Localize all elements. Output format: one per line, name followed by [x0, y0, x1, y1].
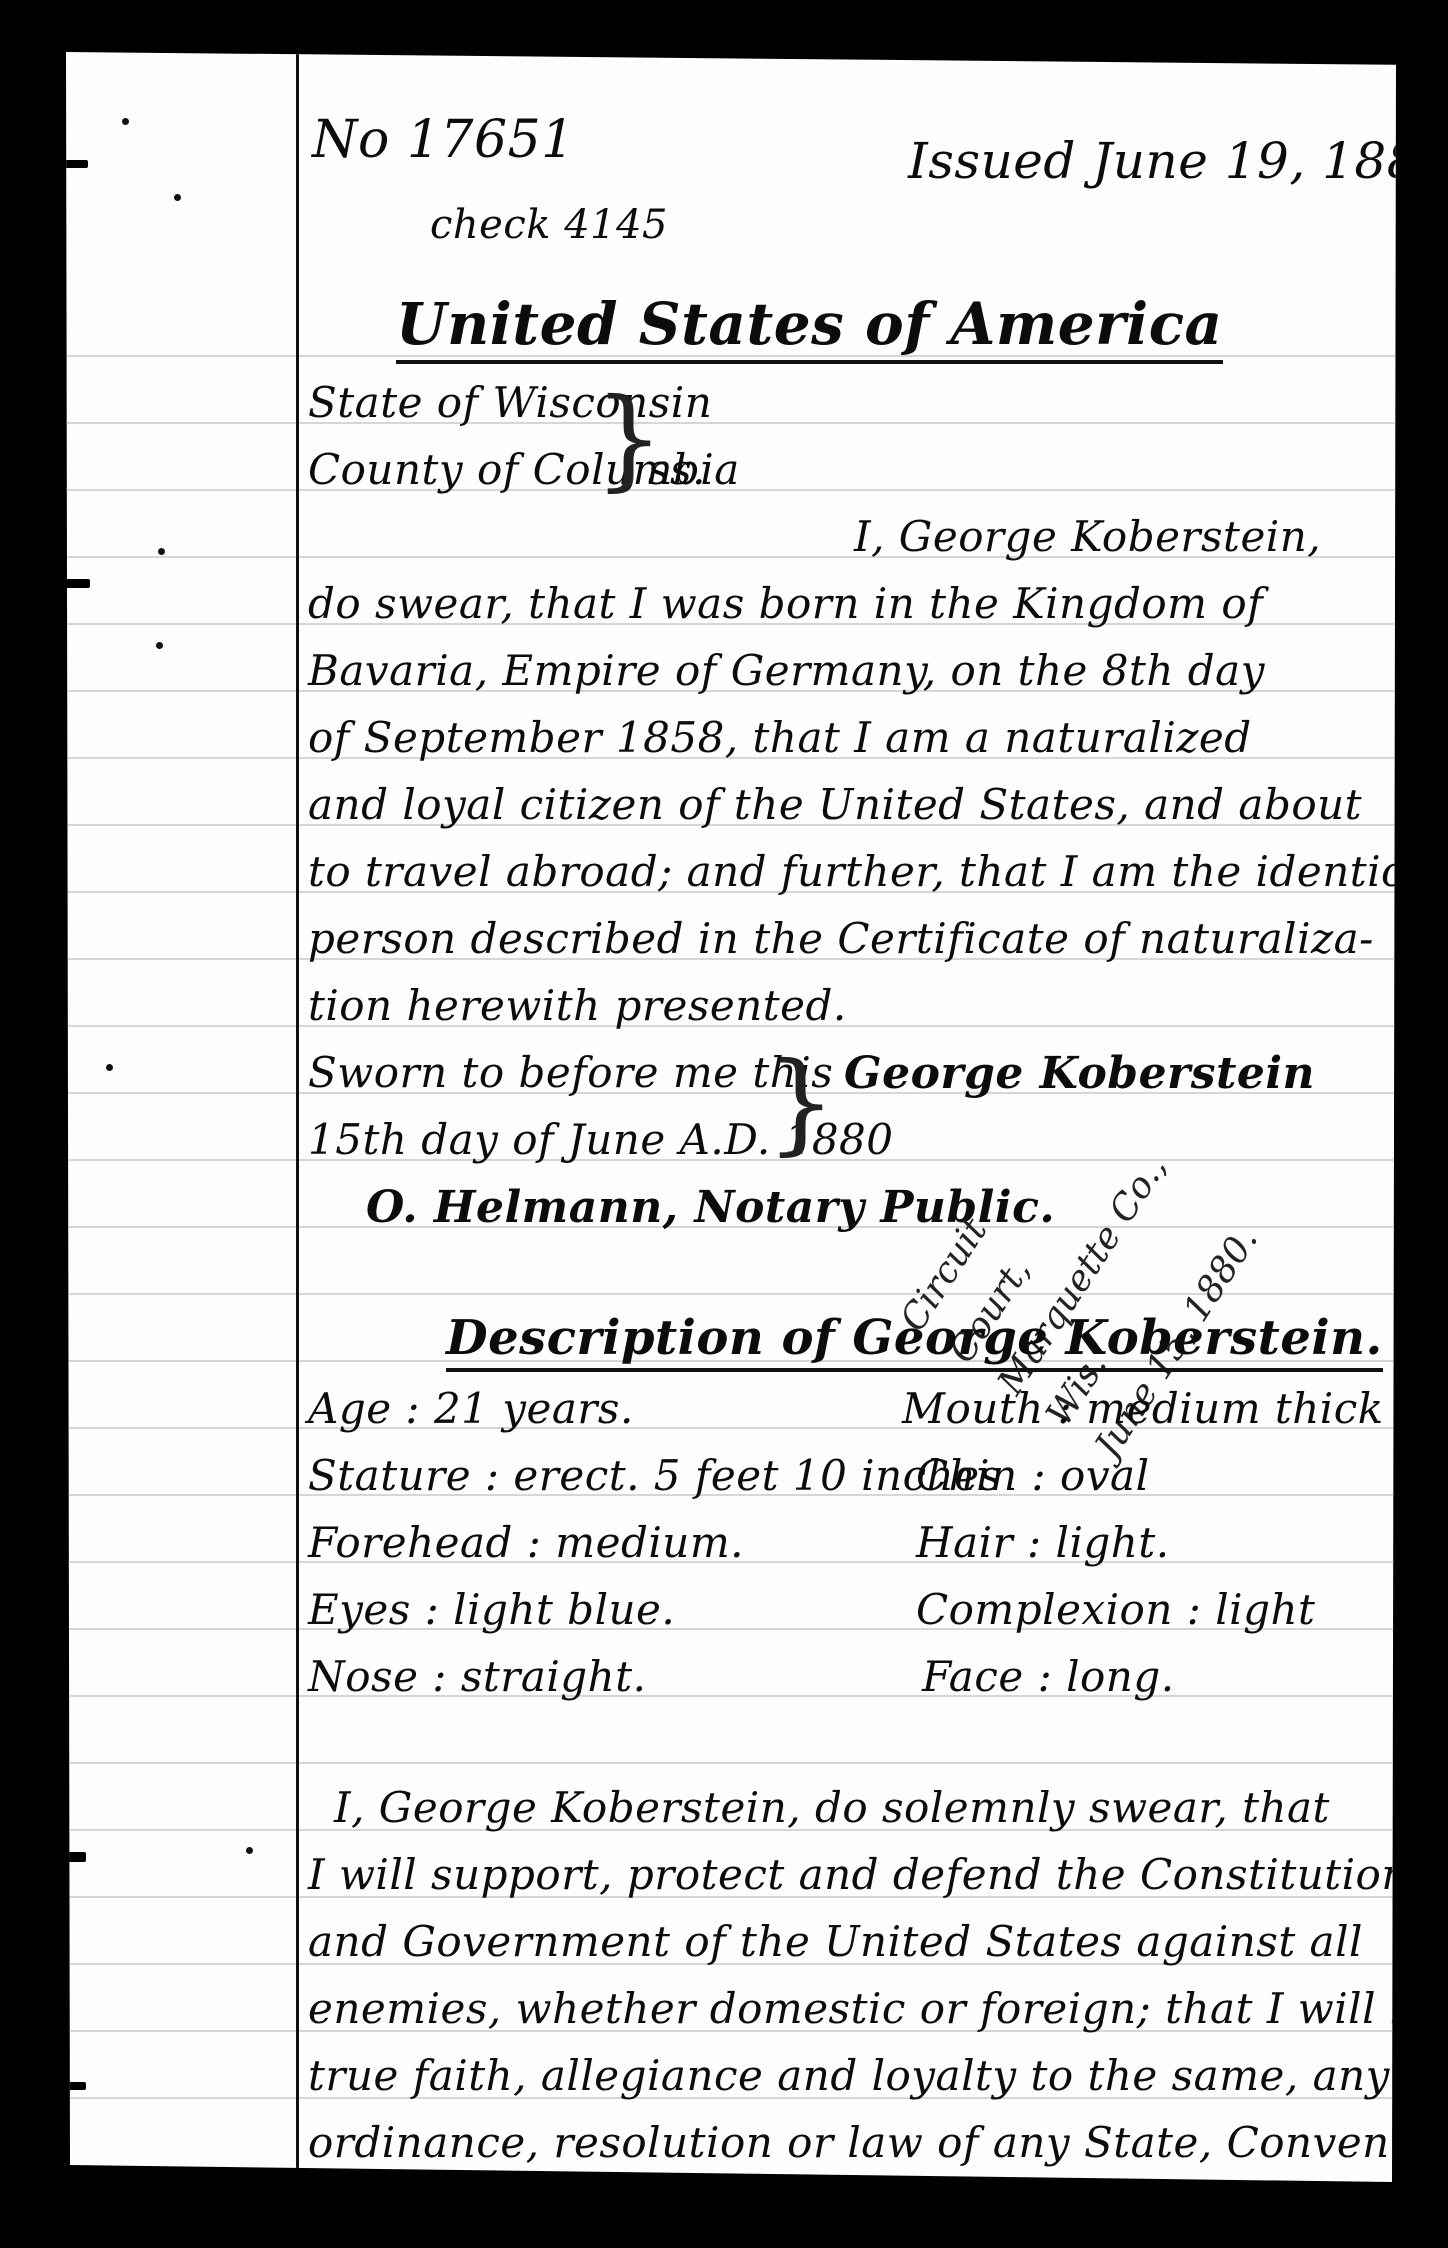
field-value: oval: [1060, 1451, 1150, 1500]
issued-date: Issued June 19, 1880: [908, 132, 1448, 190]
description-complexion: Complexion : light: [916, 1585, 1315, 1634]
venue-ss: ss.: [648, 445, 706, 494]
binding-tab-mark: [62, 1852, 86, 1862]
field-label: Face: [922, 1652, 1024, 1701]
field-value: light.: [1056, 1518, 1170, 1567]
description-mouth: Mouth : medium thick lips: [902, 1384, 1448, 1433]
document-title: United States of America: [396, 290, 1223, 364]
field-value: medium thick lips: [1086, 1384, 1448, 1433]
field-label: Hair: [916, 1518, 1013, 1567]
ink-speck: [106, 1064, 113, 1071]
oath-line: I will support, protect and defend the C…: [308, 1850, 1409, 1899]
oath-line: and Government of the United States agai…: [308, 1917, 1363, 1966]
affidavit-line: to travel abroad; and further, that I am…: [308, 847, 1445, 896]
field-value: straight.: [461, 1652, 647, 1701]
ink-speck: [158, 548, 165, 555]
field-label: Age: [308, 1384, 392, 1433]
description-title: Description of George Koberstein.: [446, 1310, 1383, 1372]
ink-speck: [156, 642, 163, 649]
oath-line: true faith, allegiance and loyalty to th…: [308, 2051, 1390, 2100]
number-label: No: [312, 110, 390, 170]
field-label: Stature: [308, 1451, 471, 1500]
affidavit-line: person described in the Certificate of n…: [308, 914, 1374, 963]
check-number: check 4145: [430, 202, 668, 248]
jurat-line-1: Sworn to before me this: [308, 1048, 833, 1097]
description-age: Age : 21 years.: [308, 1384, 634, 1433]
description-hair: Hair : light.: [916, 1518, 1170, 1567]
field-value: light: [1215, 1585, 1315, 1634]
oath-line: ordinance, resolution or law of any Stat…: [308, 2118, 1448, 2167]
left-margin: [66, 52, 298, 2182]
field-label: Complexion: [916, 1585, 1173, 1634]
affidavit-line: and loyal citizen of the United States, …: [308, 780, 1362, 829]
field-value: long.: [1066, 1652, 1175, 1701]
field-value: 21 years.: [434, 1384, 634, 1433]
ink-speck: [174, 194, 181, 201]
affiant-signature: George Koberstein: [844, 1048, 1315, 1099]
affidavit-line: tion herewith presented.: [308, 981, 847, 1030]
document-page: No 17651 check 4145 Issued June 19, 1880…: [66, 52, 1396, 2182]
field-value: medium.: [555, 1518, 744, 1567]
field-label: Nose: [308, 1652, 418, 1701]
description-forehead: Forehead : medium.: [308, 1518, 744, 1567]
binding-tab-mark: [62, 160, 88, 168]
margin-rule: [296, 52, 299, 2182]
affidavit-opening: I, George Koberstein,: [854, 512, 1321, 561]
description-chin: Chin : oval: [916, 1451, 1150, 1500]
binding-tab-mark: [62, 579, 90, 588]
field-label: Eyes: [308, 1585, 411, 1634]
ink-speck: [246, 1847, 253, 1854]
description-stature: Stature : erect. 5 feet 10 inches: [308, 1451, 1002, 1500]
jurat-brace: }: [766, 1038, 837, 1166]
affidavit-line: Bavaria, Empire of Germany, on the 8th d…: [308, 646, 1265, 695]
number-value: 17651: [407, 110, 575, 170]
description-eyes: Eyes : light blue.: [308, 1585, 675, 1634]
field-value: light blue.: [453, 1585, 675, 1634]
description-face: Face : long.: [922, 1652, 1175, 1701]
application-number: No 17651: [312, 110, 575, 170]
field-label: Mouth: [902, 1384, 1044, 1433]
oath-line: enemies, whether domestic or foreign; th…: [308, 1984, 1448, 2033]
field-label: Chin: [916, 1451, 1018, 1500]
binding-tab-mark: [62, 2082, 86, 2090]
ink-speck: [122, 118, 129, 125]
affidavit-line: of September 1858, that I am a naturaliz…: [308, 713, 1252, 762]
field-label: Forehead: [308, 1518, 513, 1567]
description-nose: Nose : straight.: [308, 1652, 646, 1701]
affidavit-line: do swear, that I was born in the Kingdom…: [308, 579, 1263, 628]
oath-line: I, George Koberstein, do solemnly swear,…: [334, 1783, 1330, 1832]
